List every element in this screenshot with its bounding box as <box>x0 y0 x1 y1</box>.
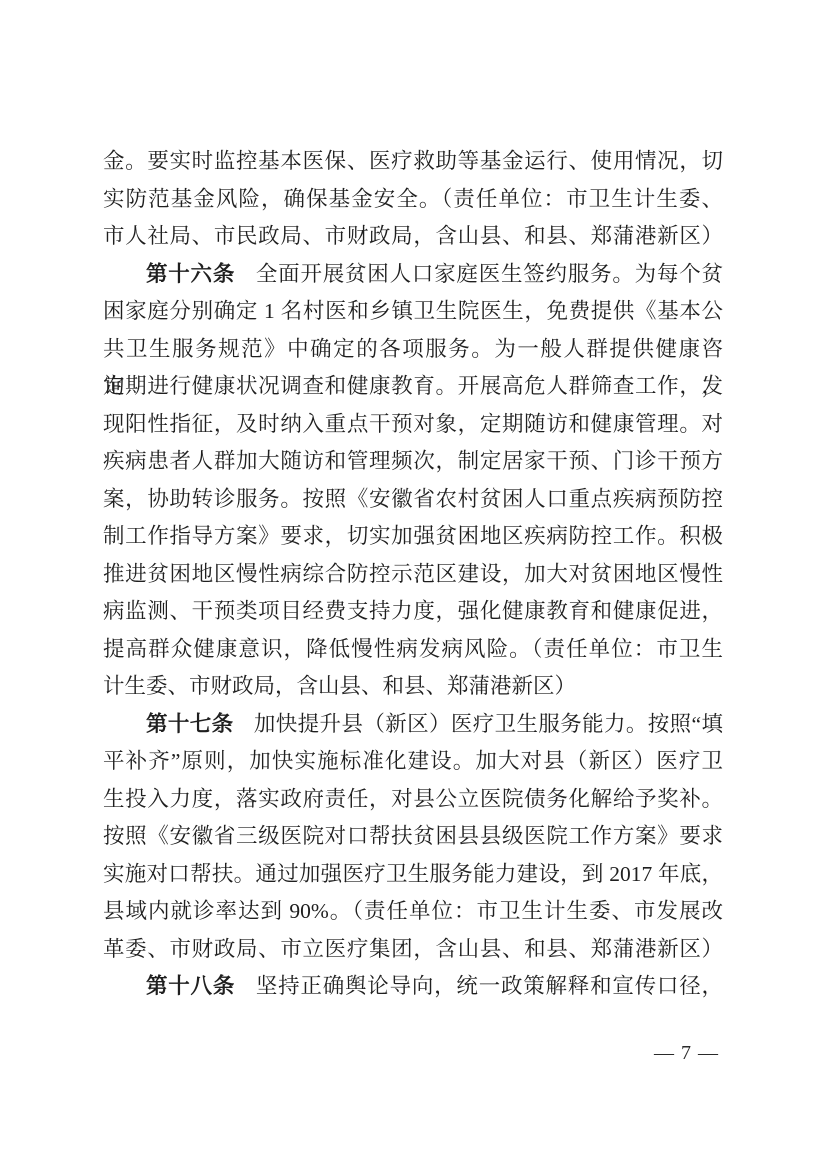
text-line: 革委、市财政局、市立医疗集团，含山县、和县、郑蒲港新区） <box>103 931 723 969</box>
text-line: 第十七条加快提升县（新区）医疗卫生服务能力。按照“填 <box>103 706 723 744</box>
text-line: 计生委、市财政局，含山县、和县、郑蒲港新区） <box>103 668 723 706</box>
line-text: 病监测、干预类项目经费支持力度，强化健康教育和健康促进， <box>103 599 723 623</box>
line-text: 案，协助转诊服务。按照《安徽省农村贫困人口重点疾病预防控 <box>103 487 723 511</box>
text-line: 平补齐”原则，加快实施标准化建设。加大对县（新区）医疗卫 <box>103 743 723 781</box>
text-line: 定期进行健康状况调查和健康教育。开展高危人群筛查工作，发 <box>103 368 723 406</box>
line-text: 革委、市财政局、市立医疗集团，含山县、和县、郑蒲港新区） <box>103 937 723 961</box>
text-line: 市人社局、市民政局、市财政局，含山县、和县、郑蒲港新区） <box>103 218 723 256</box>
page-number: — 7 — <box>654 1040 719 1066</box>
line-text: 全面开展贫困人口家庭医生签约服务。为每个贫 <box>255 262 723 286</box>
text-line: 病监测、干预类项目经费支持力度，强化健康教育和健康促进， <box>103 593 723 631</box>
line-text: 县域内就诊率达到 90%。（责任单位：市卫生计生委、市发展改 <box>103 899 723 923</box>
heading-gap <box>234 730 254 731</box>
text-line: 实防范基金风险，确保基金安全。（责任单位：市卫生计生委、 <box>103 181 723 219</box>
text-line: 实施对口帮扶。通过加强医疗卫生服务能力建设，到 2017 年底， <box>103 856 723 894</box>
text-line: 第十六条全面开展贫困人口家庭医生签约服务。为每个贫 <box>103 256 723 294</box>
line-text: 疾病患者人群加大随访和管理频次，制定居家干预、门诊干预方 <box>103 449 723 473</box>
paragraph-article-17: 第十七条加快提升县（新区）医疗卫生服务能力。按照“填平补齐”原则，加快实施标准化… <box>103 706 723 969</box>
paragraph-article-16: 第十六条全面开展贫困人口家庭医生签约服务。为每个贫困家庭分别确定 1 名村医和乡… <box>103 256 723 706</box>
heading-gap <box>235 280 255 281</box>
line-text: 困家庭分别确定 1 名村医和乡镇卫生院医生，免费提供《基本公 <box>103 299 723 323</box>
text-line: 共卫生服务规范》中确定的各项服务。为一般人群提供健康咨询， <box>103 331 723 369</box>
line-text: 提高群众健康意识，降低慢性病发病风险。（责任单位：市卫生 <box>103 637 723 661</box>
line-text: 生投入力度，落实政府责任，对县公立医院债务化解给予奖补。 <box>103 787 723 811</box>
line-text: 加快提升县（新区）医疗卫生服务能力。按照“填 <box>254 712 723 736</box>
text-line: 制工作指导方案》要求，切实加强贫困地区疾病防控工作。积极 <box>103 518 723 556</box>
text-line: 县域内就诊率达到 90%。（责任单位：市卫生计生委、市发展改 <box>103 893 723 931</box>
line-text: 推进贫困地区慢性病综合防控示范区建设，加大对贫困地区慢性 <box>103 562 723 586</box>
line-text: 制工作指导方案》要求，切实加强贫困地区疾病防控工作。积极 <box>103 524 723 548</box>
line-text: 坚持正确舆论导向，统一政策解释和宣传口径， <box>255 974 723 998</box>
article-heading: 第十八条 <box>146 974 235 998</box>
text-line: 提高群众健康意识，降低慢性病发病风险。（责任单位：市卫生 <box>103 631 723 669</box>
text-line: 生投入力度，落实政府责任，对县公立医院债务化解给予奖补。 <box>103 781 723 819</box>
text-line: 现阳性指征，及时纳入重点干预对象，定期随访和健康管理。对 <box>103 406 723 444</box>
text-line: 疾病患者人群加大随访和管理频次，制定居家干预、门诊干预方 <box>103 443 723 481</box>
article-heading: 第十七条 <box>146 712 234 736</box>
text-line: 案，协助转诊服务。按照《安徽省农村贫困人口重点疾病预防控 <box>103 481 723 519</box>
line-text: 实防范基金风险，确保基金安全。（责任单位：市卫生计生委、 <box>103 187 723 211</box>
line-text: 市人社局、市民政局、市财政局，含山县、和县、郑蒲港新区） <box>103 224 723 248</box>
line-text: 实施对口帮扶。通过加强医疗卫生服务能力建设，到 2017 年底， <box>103 862 723 886</box>
text-line: 第十八条坚持正确舆论导向，统一政策解释和宣传口径， <box>103 968 723 1006</box>
line-text: 金。要实时监控基本医保、医疗救助等基金运行、使用情况，切 <box>103 149 723 173</box>
line-text: 现阳性指征，及时纳入重点干预对象，定期随访和健康管理。对 <box>103 412 723 436</box>
text-line: 按照《安徽省三级医院对口帮扶贫困县县级医院工作方案》要求 <box>103 818 723 856</box>
line-text: 计生委、市财政局，含山县、和县、郑蒲港新区） <box>103 674 576 698</box>
line-text: 平补齐”原则，加快实施标准化建设。加大对县（新区）医疗卫 <box>103 749 723 773</box>
article-heading: 第十六条 <box>146 262 235 286</box>
heading-gap <box>235 992 255 993</box>
document-page: 金。要实时监控基本医保、医疗救助等基金运行、使用情况，切实防范基金风险，确保基金… <box>0 0 827 1169</box>
text-line: 金。要实时监控基本医保、医疗救助等基金运行、使用情况，切 <box>103 143 723 181</box>
document-body: 金。要实时监控基本医保、医疗救助等基金运行、使用情况，切实防范基金风险，确保基金… <box>103 143 723 1006</box>
line-text: 按照《安徽省三级医院对口帮扶贫困县县级医院工作方案》要求 <box>103 824 723 848</box>
text-line: 困家庭分别确定 1 名村医和乡镇卫生院医生，免费提供《基本公 <box>103 293 723 331</box>
text-line: 推进贫困地区慢性病综合防控示范区建设，加大对贫困地区慢性 <box>103 556 723 594</box>
line-text: 定期进行健康状况调查和健康教育。开展高危人群筛查工作，发 <box>103 374 723 398</box>
paragraph-fund-supervision-continued: 金。要实时监控基本医保、医疗救助等基金运行、使用情况，切实防范基金风险，确保基金… <box>103 143 723 256</box>
paragraph-article-18: 第十八条坚持正确舆论导向，统一政策解释和宣传口径， <box>103 968 723 1006</box>
